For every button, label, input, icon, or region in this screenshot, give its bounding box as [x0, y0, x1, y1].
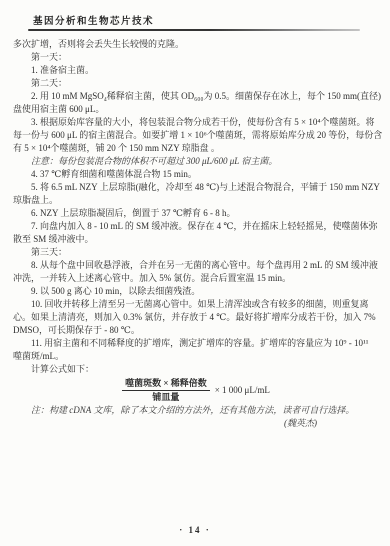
text-line: 2. 用 10 mM MgSO₄稀释宿主菌，使其 OD₆₀₀为 0.5。细菌保存…	[13, 90, 379, 103]
formula-denominator: 铺皿量	[152, 391, 179, 403]
text-line: 散至 SM 缓冲液中。	[13, 233, 379, 246]
text-line: 噬菌斑/mL。	[13, 350, 379, 363]
running-head-title: 基因分析和生物芯片技术	[33, 13, 154, 27]
text-line: 3. 根据原始库容量的大小，将包装混合物分成若干份，使每份含有 5 × 10⁴个…	[13, 116, 379, 129]
text-line: 计算公式如下：	[13, 363, 379, 376]
formula-suffix: × 1 000 μL/mL	[215, 384, 270, 397]
text-line: 琼脂盘上。	[13, 194, 379, 207]
text-line: 有 5 × 10⁴个噬菌斑，铺 20 个 150 mm NZY 琼脂盘 。	[13, 142, 379, 155]
formula-fraction: 噬菌斑数 × 稀释倍数 铺皿量	[122, 378, 210, 403]
text-line: 多次扩增，否则将会丢失生长较慢的克隆。	[13, 38, 379, 51]
text-line: 9. 以 500 g 离心 10 min，以除去细菌残渣。	[13, 285, 379, 298]
scanned-book-page: 基因分析和生物芯片技术 多次扩增，否则将会丢失生长较慢的克隆。 第一天： 1. …	[0, 0, 390, 546]
page-number: · 14 ·	[0, 525, 390, 535]
text-line: 心。如果上清清亮，则加入 0.3% 氯仿，并存放于 4 ℃。最好将扩增库分成若干…	[13, 311, 379, 324]
header-rule	[28, 29, 360, 31]
text-line: 第三天：	[13, 246, 379, 259]
text-line: 第二天：	[13, 77, 379, 90]
text-line: 4. 37 ℃孵育细菌和噬菌体混合物 15 min。	[13, 168, 379, 181]
text-line: 8. 从每个盘中回收悬浮液，合并在另一无菌的离心管中。每个盘再用 2 mL 的 …	[13, 259, 379, 272]
text-line: 冲洗，一并转入上述离心管中。加入 5% 氯仿。混合后置室温 15 min。	[13, 272, 379, 285]
text-line: 每一份与 600 μL 的宿主菌混合。如要扩增 1 × 10⁶个噬菌斑，需将原始…	[13, 129, 379, 142]
text-line: 5. 将 6.5 mL NZY 上层琼脂(融化，冷却至 48 ℃)与上述混合物混…	[13, 181, 379, 194]
text-line: 盘使用宿主菌 600 μL。	[13, 103, 379, 116]
titer-formula: 噬菌斑数 × 稀释倍数 铺皿量 × 1 000 μL/mL	[13, 376, 379, 404]
text-line: 1. 准备宿主菌。	[13, 64, 379, 77]
note-line: 注意：每份包装混合物的体积不可超过 300 μL/600 μL 宿主菌。	[13, 155, 379, 168]
text-line: 11. 用宿主菌和不同稀释度的扩增库，测定扩增库的容量。扩增库的容量应为 10⁹…	[13, 337, 379, 350]
formula-numerator: 噬菌斑数 × 稀释倍数	[122, 378, 210, 391]
text-line: 第一天：	[13, 51, 379, 64]
footnote-line: 注：构建 cDNA 文库，除了本文介绍的方法外，还有其他方法，读者可自行选择。	[13, 404, 379, 417]
body-text: 多次扩增，否则将会丢失生长较慢的克隆。 第一天： 1. 准备宿主菌。 第二天： …	[13, 38, 379, 430]
text-line: DMSO，可长期保存于 - 80 ℃。	[13, 324, 379, 337]
text-line: 10. 回收并转移上清至另一无菌离心管中。如果上清浑浊或含有较多的细菌，则重复离	[13, 298, 379, 311]
text-line: 7. 向盘内加入 8 - 10 mL 的 SM 缓冲液。保存在 4 ℃，并在摇床…	[13, 220, 379, 233]
author-credit: (魏英杰)	[13, 417, 379, 430]
text-line: 6. NZY 上层琼脂凝固后，倒置于 37 ℃孵育 6 - 8 h。	[13, 207, 379, 220]
